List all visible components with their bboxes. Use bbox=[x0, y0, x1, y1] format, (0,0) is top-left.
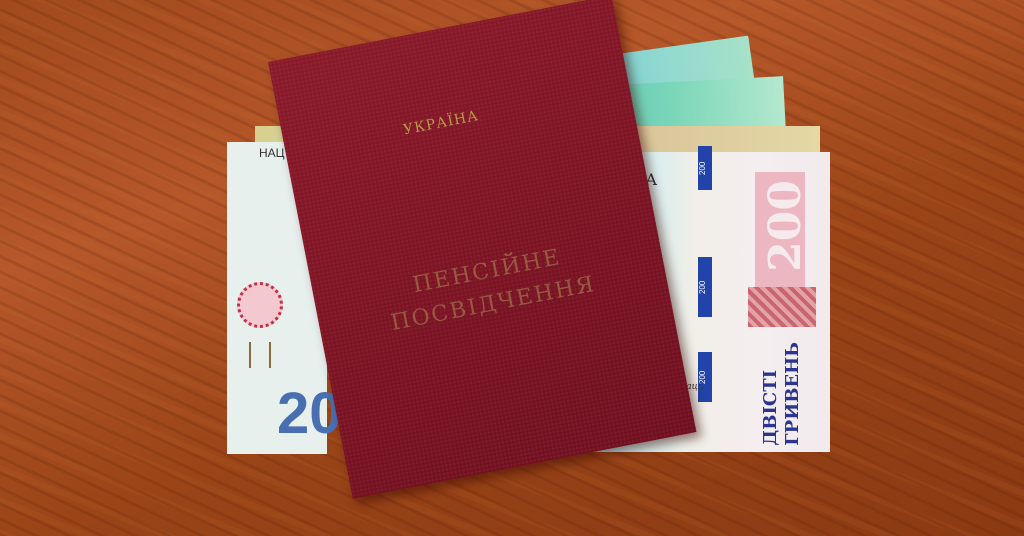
security-strip: 200 bbox=[698, 146, 712, 190]
words-line1: ДВІСТІ bbox=[760, 370, 781, 446]
security-strip: 200 bbox=[698, 257, 712, 317]
banknote-header: НАЦ bbox=[259, 146, 285, 160]
rosette-icon bbox=[237, 282, 283, 328]
ornament-pattern bbox=[748, 287, 816, 327]
banknote-denomination: 200 bbox=[760, 180, 811, 272]
banknote-words: ДВІСТІ ГРИВЕНЬ bbox=[760, 342, 804, 446]
words-line2: ГРИВЕНЬ bbox=[782, 342, 803, 446]
tactile-marks bbox=[249, 342, 271, 368]
passport-country: УКРАЇНА bbox=[402, 108, 480, 138]
